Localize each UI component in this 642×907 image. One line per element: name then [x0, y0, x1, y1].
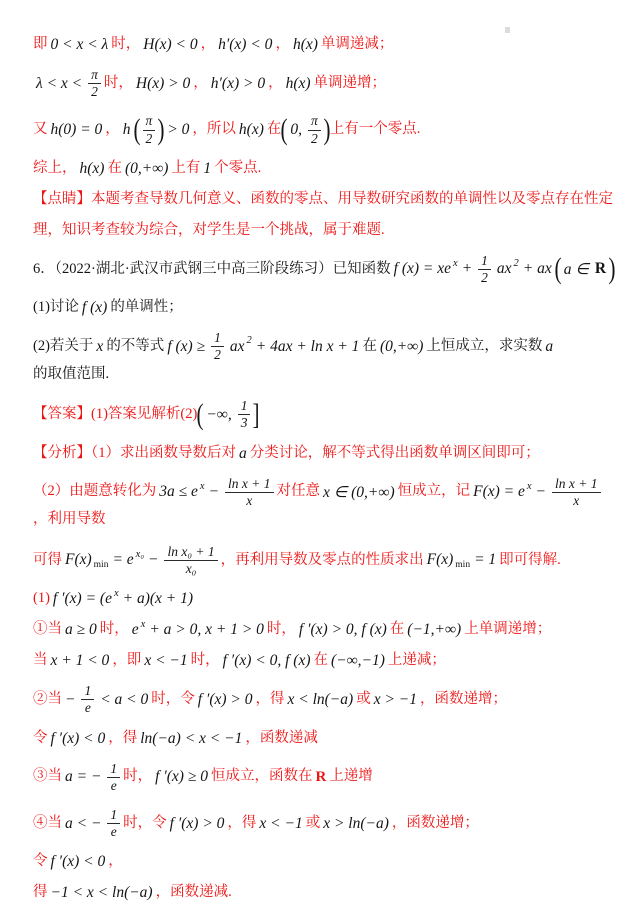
big-delimiter-glyph: ( — [281, 116, 288, 145]
chinese-text-run: ，再利用导数及零点的性质求出 — [221, 550, 424, 572]
math-superscript: 2 — [513, 258, 520, 269]
chinese-text-run: ①当 — [33, 619, 62, 641]
fraction-denominator: 2 — [211, 347, 224, 363]
fraction-numerator: ln x + 1 — [552, 476, 600, 493]
chinese-text-run: ，得 — [227, 813, 256, 835]
chinese-text-run: 上单调递增； — [464, 619, 551, 641]
fraction-denominator: 2 — [308, 131, 321, 147]
text-line: 综上，h(x)在(0,+∞)上有1个零点. — [33, 158, 618, 180]
text-line: 当x + 1 < 0，即x < −1时，f ′(x) < 0, f (x)在(−… — [33, 650, 618, 672]
math-superscript: x — [113, 588, 120, 599]
math-run: h(x) — [283, 75, 314, 93]
math-run: f (x) ≥ — [164, 338, 208, 356]
chinese-text-run: ③当 — [33, 766, 62, 788]
chinese-text-run: 在 — [107, 158, 122, 180]
math-run: 0 < x < λ — [48, 36, 112, 54]
black-text-run: 在 — [362, 336, 377, 358]
math-fraction: π2 — [308, 113, 321, 146]
math-run: x < ln(−a) — [285, 691, 357, 709]
chinese-text-run: ， — [105, 119, 120, 141]
math-run: h′(x) < 0 — [215, 36, 275, 54]
fraction-numerator: π — [88, 67, 101, 84]
big-delimiter-glyph: ) — [158, 116, 165, 145]
math-run: − — [62, 691, 78, 709]
math-run: h(x) — [77, 160, 108, 178]
black-text-run: 的不等式 — [106, 336, 164, 358]
chinese-text-run: ④当 — [33, 813, 62, 835]
math-run: F(x) = e — [470, 483, 528, 501]
math-run: − — [206, 483, 222, 501]
math-run: + ax — [520, 260, 555, 278]
chinese-text-run: 上递减； — [388, 650, 446, 672]
math-fraction: 1e — [81, 683, 94, 716]
text-line: (2)若关于x的不等式f (x) ≥12ax2+ 4ax + ln x + 1在… — [33, 328, 618, 387]
black-text-run: (2)若关于 — [33, 336, 93, 358]
math-run: > 0 — [164, 121, 192, 139]
math-fraction: ln x₀ + 1x₀ — [164, 544, 217, 577]
fraction-denominator: x — [570, 493, 582, 509]
chinese-text-run: 恒成立，函数在 — [211, 766, 313, 788]
fraction-denominator: 2 — [478, 270, 491, 286]
math-run: R — [592, 260, 609, 278]
math-run: = 1 — [471, 551, 499, 569]
math-run: a — [542, 338, 556, 356]
math-run: F(x) — [62, 551, 95, 569]
chinese-text-run: 当 — [33, 650, 48, 672]
big-delimiter-glyph: ) — [609, 255, 616, 284]
chinese-text-run: ，函数递减 — [245, 728, 318, 750]
fraction-denominator: e — [108, 778, 120, 794]
math-run: + — [459, 260, 475, 278]
math-run: f ′(x) < 0 — [48, 853, 109, 871]
fraction-denominator: 2 — [88, 84, 101, 100]
chinese-text-run: 时， — [191, 650, 220, 672]
text-line: 理，知识考查较为综合，对学生是一个挑战，属于难题. — [33, 220, 618, 242]
math-fraction: π2 — [143, 113, 156, 146]
chinese-text-run: 令 — [33, 728, 48, 750]
math-run: x < −1 — [141, 652, 190, 670]
chinese-text-run: 对任意 — [277, 481, 321, 503]
chinese-text-run: 单调递增； — [314, 73, 387, 95]
text-line: λ < x <π2时，H(x) > 0，h′(x) > 0，h(x)单调递增； — [33, 65, 618, 102]
chinese-text-run: ，即 — [112, 650, 141, 672]
math-run: f ′(x) = (e — [50, 590, 115, 608]
text-line: （2）由题意转化为3a ≤ ex−ln x + 1x对任意x ∈ (0,+∞)恒… — [33, 474, 618, 533]
chinese-text-run: 或 — [356, 689, 371, 711]
chinese-text-run: 单调递减； — [321, 34, 394, 56]
chinese-text-run: 时，令 — [151, 689, 195, 711]
text-line: (1)f ′(x) = (ex+ a)(x + 1) — [33, 588, 618, 610]
math-run: a = − — [62, 768, 104, 786]
math-run: 0, — [287, 121, 305, 139]
chinese-text-run: 可得 — [33, 550, 62, 572]
chinese-text-run: 时， — [104, 73, 133, 95]
math-run: h(x) — [236, 121, 267, 139]
fraction-denominator: 2 — [143, 131, 156, 147]
chinese-text-run: 上有 — [171, 158, 200, 180]
black-text-run: 上恒成立，求实数 — [426, 336, 542, 358]
chinese-text-run: 在 — [390, 619, 405, 641]
math-run: x + 1 < 0 — [48, 652, 113, 670]
document-page: 即0 < x < λ时，H(x) < 0，h′(x) < 0，h(x)单调递减；… — [33, 34, 618, 907]
chinese-text-run: ， — [275, 34, 290, 56]
math-run: ln(−a) < x < −1 — [137, 730, 245, 748]
math-run: x < −1 — [256, 815, 305, 833]
big-delimiter-glyph: ( — [197, 401, 204, 430]
math-subscript: min — [93, 560, 110, 570]
math-run: + a)(x + 1) — [120, 590, 196, 608]
text-line: 令f ′(x) < 0， — [33, 851, 618, 873]
math-fraction: ln x + 1x — [225, 476, 273, 509]
fraction-numerator: π — [143, 113, 156, 130]
math-run: h — [120, 121, 134, 139]
math-superscript: x₀ — [135, 549, 145, 560]
math-run: f ′(x) > 0, f (x) — [296, 621, 390, 639]
math-run: H(x) > 0 — [133, 75, 193, 93]
math-run: a < − — [62, 815, 104, 833]
chinese-text-run: 综上， — [33, 158, 77, 180]
big-delimiter-glyph: ( — [554, 255, 561, 284]
chinese-text-run: 理，知识考查较为综合，对学生是一个挑战，属于难题. — [33, 220, 385, 242]
fraction-denominator: x₀ — [183, 561, 200, 577]
math-run: f ′(x) < 0, f (x) — [220, 652, 314, 670]
math-run: + 4ax + ln x + 1 — [253, 338, 363, 356]
math-run: < a < 0 — [97, 691, 151, 709]
math-run: 3a ≤ e — [156, 483, 201, 501]
math-run: h′(x) > 0 — [208, 75, 268, 93]
chinese-text-run: ，得 — [256, 689, 285, 711]
math-run: ax — [227, 338, 248, 356]
chinese-text-run: ， — [201, 34, 216, 56]
math-fraction: 13 — [238, 398, 251, 431]
fraction-numerator: 1 — [81, 683, 94, 700]
chinese-text-run: 时，令 — [123, 813, 167, 835]
black-text-run: 的单调性； — [110, 297, 183, 319]
text-line: 得−1 < x < ln(−a)，函数递减. — [33, 882, 618, 904]
math-fraction: π2 — [88, 67, 101, 100]
chinese-text-run: 令 — [33, 851, 48, 873]
math-run: h(x) — [290, 36, 321, 54]
text-line: 6．（2022·湖北·武汉市武钢三中高三阶段练习）已知函数f (x) = xex… — [33, 251, 618, 288]
chinese-text-run: (1) — [33, 588, 50, 610]
big-delimiter-glyph: ( — [133, 116, 140, 145]
chinese-text-run: ，函数递增； — [392, 813, 479, 835]
chinese-text-run: （2）由题意转化为 — [33, 481, 156, 503]
math-run: −∞, — [203, 406, 234, 424]
chinese-text-run: ，函数递增； — [420, 689, 507, 711]
fraction-numerator: 1 — [211, 330, 224, 347]
page-artifact — [505, 27, 510, 33]
text-line: 【答案】(1)答案见解析(2)(−∞,13] — [33, 396, 618, 433]
chinese-text-run: 或 — [306, 813, 321, 835]
math-run: = e — [109, 551, 136, 569]
chinese-text-run: 【分析】（1）求出函数导数后对 — [33, 443, 236, 465]
chinese-text-run: 时， — [100, 619, 129, 641]
fraction-numerator: π — [308, 113, 321, 130]
math-run: − — [145, 551, 161, 569]
big-delimiter-glyph: ) — [323, 116, 330, 145]
text-line: 【点睛】本题考查导数几何意义、函数的零点、用导数研究函数的单调性以及零点存在性定 — [33, 189, 618, 211]
fraction-denominator: e — [82, 700, 94, 716]
math-run: f (x) = xe — [391, 260, 454, 278]
chinese-text-run: ， — [268, 73, 283, 95]
math-run: a — [236, 445, 250, 463]
fraction-numerator: 1 — [478, 253, 491, 270]
fraction-numerator: 1 — [238, 398, 251, 415]
math-run: (−∞,−1) — [328, 652, 388, 670]
fraction-numerator: 1 — [107, 761, 120, 778]
chinese-text-run: 得 — [33, 882, 48, 904]
text-line: 可得F(x)min= ex₀−ln x₀ + 1x₀，再利用导数及零点的性质求出… — [33, 542, 618, 579]
text-line: ①当a ≥ 0时，ex+ a > 0, x + 1 > 0时，f ′(x) > … — [33, 619, 618, 641]
math-run: λ < x < — [33, 75, 85, 93]
math-run: (−1,+∞) — [404, 621, 464, 639]
math-run: ax — [494, 260, 515, 278]
chinese-text-run: ②当 — [33, 689, 62, 711]
math-run: x > −1 — [371, 691, 420, 709]
fraction-denominator: e — [108, 824, 120, 840]
chinese-text-run: ，函数递减. — [156, 882, 232, 904]
math-run: x — [93, 338, 106, 356]
math-run: H(x) < 0 — [140, 36, 200, 54]
math-run: x > ln(−a) — [320, 815, 392, 833]
fraction-denominator: x — [243, 493, 255, 509]
math-fraction: ln x + 1x — [552, 476, 600, 509]
math-run: (0,+∞) — [377, 338, 426, 356]
text-line: ④当a < −1e时，令f ′(x) > 0，得x < −1或x > ln(−a… — [33, 805, 618, 842]
big-delimiter-glyph: ] — [253, 401, 260, 430]
chinese-text-run: 时， — [123, 766, 152, 788]
black-text-run: (1)讨论 — [33, 297, 79, 319]
math-fraction: 1e — [107, 807, 120, 840]
text-line: 令f ′(x) < 0，得ln(−a) < x < −1，函数递减 — [33, 728, 618, 750]
math-run: F(x) — [424, 551, 457, 569]
math-run: a ∈ — [561, 260, 592, 279]
math-run: + a > 0, x + 1 > 0 — [146, 621, 267, 639]
fraction-denominator: 3 — [238, 415, 251, 431]
black-text-run: 的取值范围. — [33, 364, 109, 386]
text-line: ③当a = −1e时，f ′(x) ≥ 0恒成立，函数在R上递增 — [33, 759, 618, 796]
chinese-text-run: 个零点. — [214, 158, 261, 180]
math-run: (0,+∞) — [122, 160, 171, 178]
fraction-numerator: ln x + 1 — [225, 476, 273, 493]
math-fraction: 1e — [107, 761, 120, 794]
math-superscript: x — [452, 258, 459, 269]
chinese-text-run: 时， — [111, 34, 140, 56]
math-run: −1 < x < ln(−a) — [48, 884, 156, 902]
math-run: h(0) = 0 — [48, 121, 106, 139]
black-text-run: 6．（2022·湖北·武汉市武钢三中高三阶段练习）已知函数 — [33, 259, 391, 281]
fraction-numerator: 1 — [107, 807, 120, 824]
chinese-text-run: 【答案】(1)答案见解析(2) — [33, 404, 197, 426]
math-superscript: x — [526, 481, 533, 492]
text-line: (1)讨论f (x)的单调性； — [33, 297, 618, 319]
fraction-numerator: ln x₀ + 1 — [164, 544, 217, 561]
chinese-text-run: 在 — [314, 650, 329, 672]
chinese-text-run: 在 — [267, 119, 282, 141]
chinese-text-run: ，所以 — [192, 119, 236, 141]
text-line: 又h(0) = 0，h(π2)> 0，所以h(x)在(0,π2)上有一个零点. — [33, 111, 618, 148]
math-fraction: 12 — [478, 253, 491, 286]
chinese-text-run: 又 — [33, 119, 48, 141]
math-run: a ≥ 0 — [62, 621, 100, 639]
chinese-text-run: 上递增 — [329, 766, 373, 788]
math-run: f (x) — [79, 299, 110, 317]
chinese-text-run: ， — [193, 73, 208, 95]
math-run: 1 — [200, 160, 214, 178]
chinese-text-run: 上有一个零点. — [330, 119, 421, 141]
math-run: f ′(x) > 0 — [167, 815, 228, 833]
chinese-text-run: 分类讨论，解不等式得出函数单调区间即可； — [250, 443, 540, 465]
chinese-text-run: 即 — [33, 34, 48, 56]
math-superscript: x — [199, 481, 206, 492]
math-run: x ∈ (0,+∞) — [320, 483, 398, 502]
chinese-text-run: 时， — [267, 619, 296, 641]
chinese-text-run: ， — [108, 851, 123, 873]
math-run: f ′(x) ≥ 0 — [152, 768, 211, 786]
math-run: f ′(x) < 0 — [48, 730, 109, 748]
chinese-text-run: ，得 — [108, 728, 137, 750]
math-fraction: 12 — [211, 330, 224, 363]
math-subscript: min — [454, 560, 471, 570]
chinese-text-run: 【点睛】本题考查导数几何意义、函数的零点、用导数研究函数的单调性以及零点存在性定 — [33, 189, 613, 211]
math-run: f ′(x) > 0 — [195, 691, 256, 709]
red-bold-R: R — [312, 769, 329, 786]
math-superscript: 2 — [245, 335, 252, 346]
text-line: 【分析】（1）求出函数导数后对a分类讨论，解不等式得出函数单调区间即可； — [33, 443, 618, 465]
chinese-text-run: 即可得解. — [499, 550, 561, 572]
chinese-text-run: ，利用导数 — [33, 509, 106, 531]
chinese-text-run: 恒成立，记 — [398, 481, 471, 503]
math-superscript: x — [140, 619, 147, 630]
math-run: − — [533, 483, 549, 501]
text-line: 即0 < x < λ时，H(x) < 0，h′(x) < 0，h(x)单调递减； — [33, 34, 618, 56]
text-line: ②当−1e< a < 0时，令f ′(x) > 0，得x < ln(−a)或x … — [33, 681, 618, 718]
